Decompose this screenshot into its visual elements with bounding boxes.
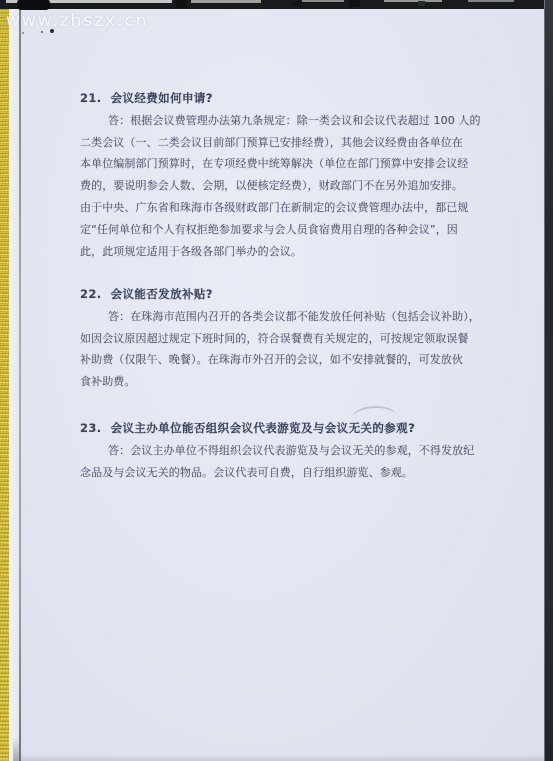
qa-section-23: 23.会议主办单位能否组织会议代表游览及与会议无关的参观? 答：会议主办单位不得…: [80, 418, 484, 483]
binding-edge-strip: [0, 0, 9, 761]
watermark: www.zhszx.cn: [6, 11, 149, 31]
scan-artifact: [292, 1, 301, 7]
question-heading: 21.会议经费如何申请?: [80, 88, 484, 110]
ink-speck: [22, 32, 24, 34]
answer-line: 答：会议主办单位不得组织会议代表游览及与会议无关的参观，不得发放纪: [80, 440, 484, 462]
qa-section-21: 21.会议经费如何申请? 答：根据会议费管理办法第九条规定：除一类会议和会议代表…: [80, 88, 484, 262]
question-number: 21.: [80, 91, 102, 105]
scan-artifact: [418, 1, 425, 6]
scanner-top-edge: [0, 0, 553, 9]
answer-line: 本单位编制部门预算时，在专项经费中统筹解决（单位在部门预算中安排会议经: [80, 153, 484, 175]
answer-line: 定“任何单位和个人有权拒绝参加要求与会人员食宿费用自理的各种会议”，因: [80, 219, 484, 241]
scan-artifact-blob: [17, 0, 50, 10]
answer-line: 补助费（仅限午、晚餐）。在珠海市外召开的会议，如不安排就餐的，可发放伙: [80, 349, 484, 371]
scan-artifact: [176, 0, 187, 8]
scanner-edge-highlight: [191, 0, 261, 3]
qa-section-22: 22.会议能否发放补贴? 答：在珠海市范围内召开的各类会议都不能发放任何补贴（包…: [80, 284, 484, 393]
scanned-page: www.zhszx.cn 21.会议经费如何申请? 答：根据会议费管理办法第九条…: [0, 0, 553, 761]
question-number: 23.: [80, 421, 102, 435]
answer-line: 费的，要说明参会人数、会期，以便核定经费），财政部门不在另外追加安排。: [80, 175, 484, 197]
answer-line: 二类会议（一、二类会议目前部门预算已安排经费），其他会议经费由各单位在: [80, 132, 484, 154]
answer-line: 此，此项规定适用于各级各部门举办的会议。: [80, 241, 484, 263]
ink-speck: [41, 31, 43, 33]
scan-artifact: [349, 0, 360, 7]
scanner-edge-highlight: [384, 0, 442, 2]
question-heading: 23.会议主办单位能否组织会议代表游览及与会议无关的参观?: [80, 418, 484, 440]
question-text: 会议经费如何申请?: [111, 91, 213, 105]
question-text: 会议主办单位能否组织会议代表游览及与会议无关的参观?: [111, 421, 416, 435]
question-text: 会议能否发放补贴?: [111, 287, 213, 301]
scanner-right-edge: [544, 0, 553, 761]
scanner-edge-highlight: [468, 0, 514, 2]
page-fold-shadow: [13, 737, 19, 761]
answer-line: 如因会议原因超过规定下班时间的，符合误餐费有关规定的，可按规定领取误餐: [80, 328, 484, 350]
pencil-smudge: [352, 405, 397, 418]
answer-line: 念品及与会议无关的物品。会议代表可自费，自行组织游览、参观。: [80, 462, 484, 484]
ink-speck: [50, 29, 54, 33]
page-fold-line: [19, 9, 21, 761]
answer-line: 答：根据会议费管理办法第九条规定：除一类会议和会议代表超过 100 人的: [80, 110, 484, 132]
answer-line: 答：在珠海市范围内召开的各类会议都不能发放任何补贴（包括会议补助），: [80, 306, 484, 328]
answer-line: 由于中央、广东省和珠海市各级财政部门在新制定的会议费管理办法中，都已规: [80, 197, 484, 219]
question-number: 22.: [80, 287, 102, 301]
question-heading: 22.会议能否发放补贴?: [80, 284, 484, 306]
answer-line: 食补助费。: [80, 371, 484, 393]
scanner-edge-highlight: [302, 0, 344, 2]
page-edge-gap: [9, 0, 19, 761]
